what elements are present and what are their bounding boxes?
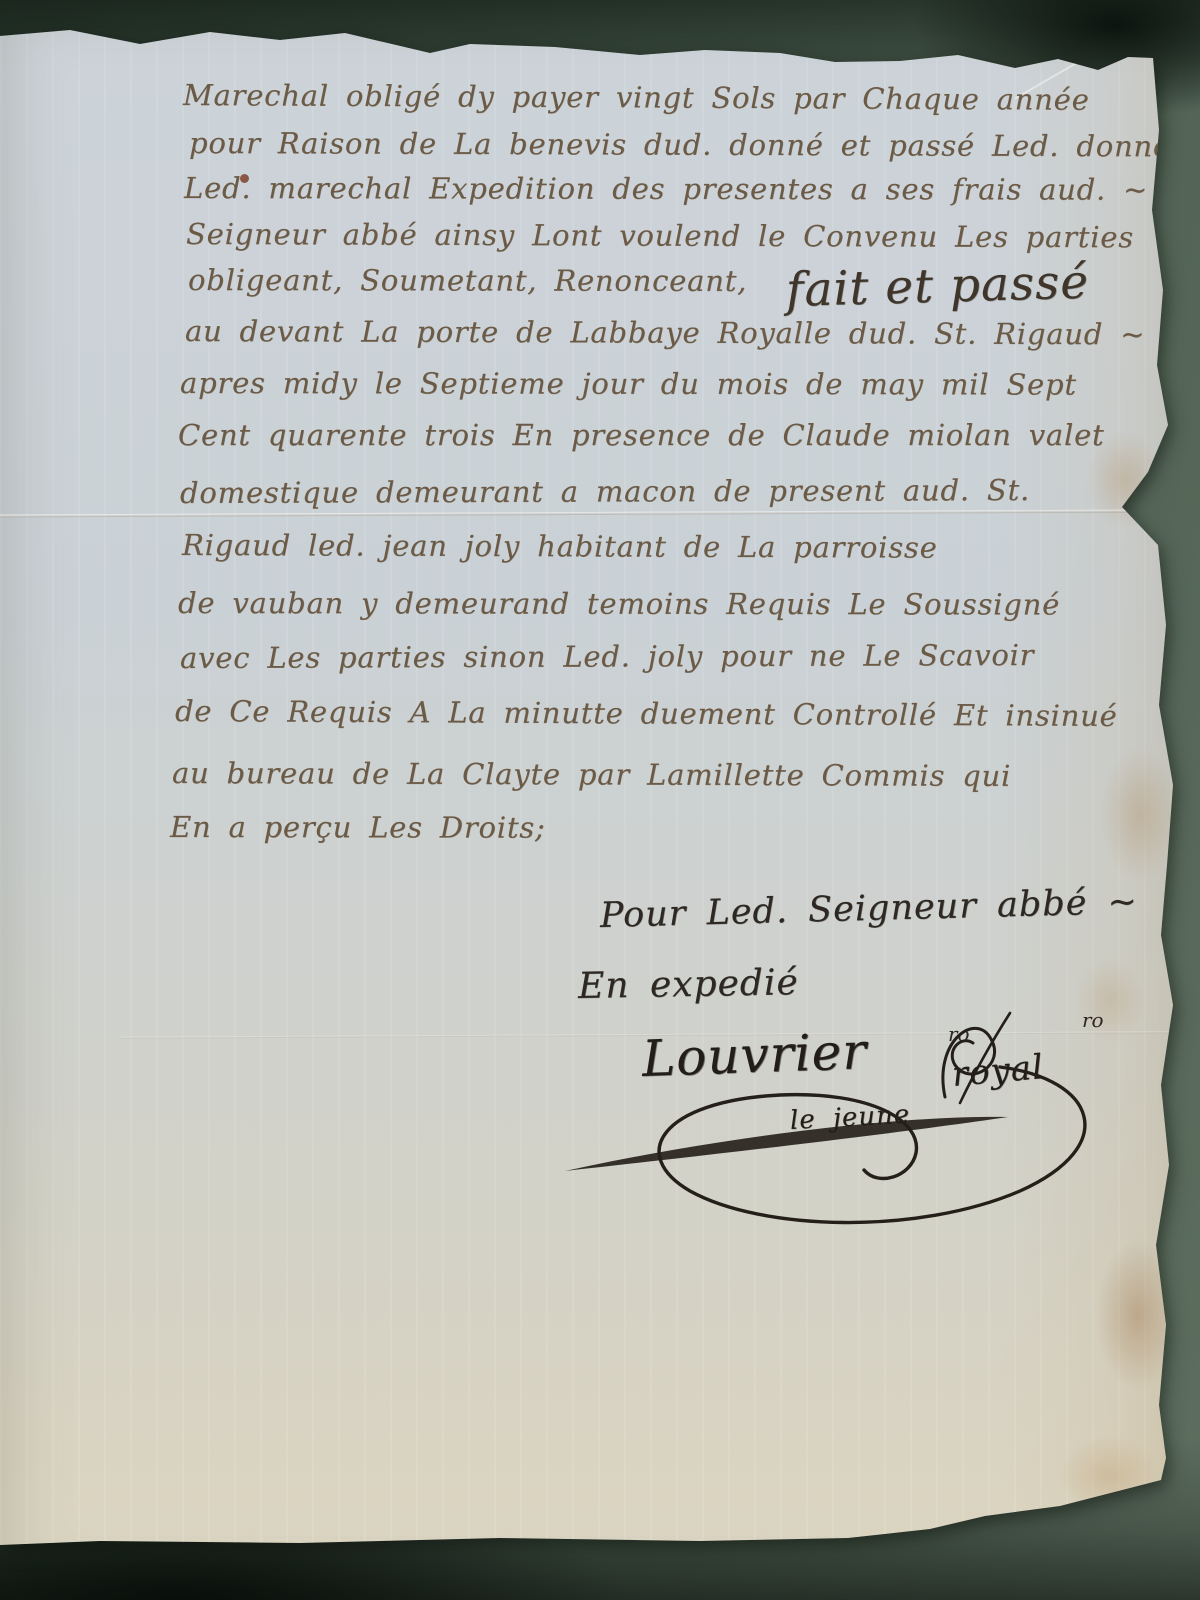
manuscript-line-7: apres midy le Septieme jour du mois de m…: [180, 366, 1077, 402]
manuscript-line-4: Seigneur abbé ainsy Lont voulend le Conv…: [186, 217, 1134, 254]
manuscript-line-11: de vauban y demeurand temoins Requis Le …: [178, 586, 1060, 622]
manuscript-line-12: avec Les parties sinon Led. joly pour ne…: [180, 638, 1034, 675]
manuscript-line-5: obligeant, Soumetant, Renonceant,: [188, 263, 747, 298]
manuscript-line-9: domestique demeurant a macon de present …: [180, 473, 1030, 510]
photo-backdrop: Marechal obligé dy payer vingt Sols par …: [0, 0, 1200, 1600]
manuscript-line-1: Marechal obligé dy payer vingt Sols par …: [183, 78, 1090, 117]
manuscript-line-14: au bureau de La Clayte par Lamillette Co…: [172, 756, 1011, 793]
manuscript-highlight-fait-et-passe: fait et passé: [785, 255, 1089, 318]
manuscript-line-15: En a perçu Les Droits;: [170, 810, 546, 845]
manuscript-line-10: Rigaud led. jean joly habitant de La par…: [182, 528, 938, 565]
manuscript-line-2: pour Raison de La benevis dud. donné et …: [189, 126, 1200, 164]
signature-flourish: [360, 995, 1160, 1265]
manuscript-line-3: Led. marechal Expedition des presentes a…: [184, 171, 1148, 207]
paper-sheet: Marechal obligé dy payer vingt Sols par …: [0, 0, 1200, 1600]
manuscript-line-8: Cent quarente trois En presence de Claud…: [178, 418, 1105, 452]
manuscript-line-6: au devant La porte de Labbaye Royalle du…: [185, 314, 1145, 351]
manuscript-page: Marechal obligé dy payer vingt Sols par …: [0, 0, 1200, 1600]
manuscript-line-13: de Ce Requis A La minutte duement Contro…: [175, 694, 1118, 733]
